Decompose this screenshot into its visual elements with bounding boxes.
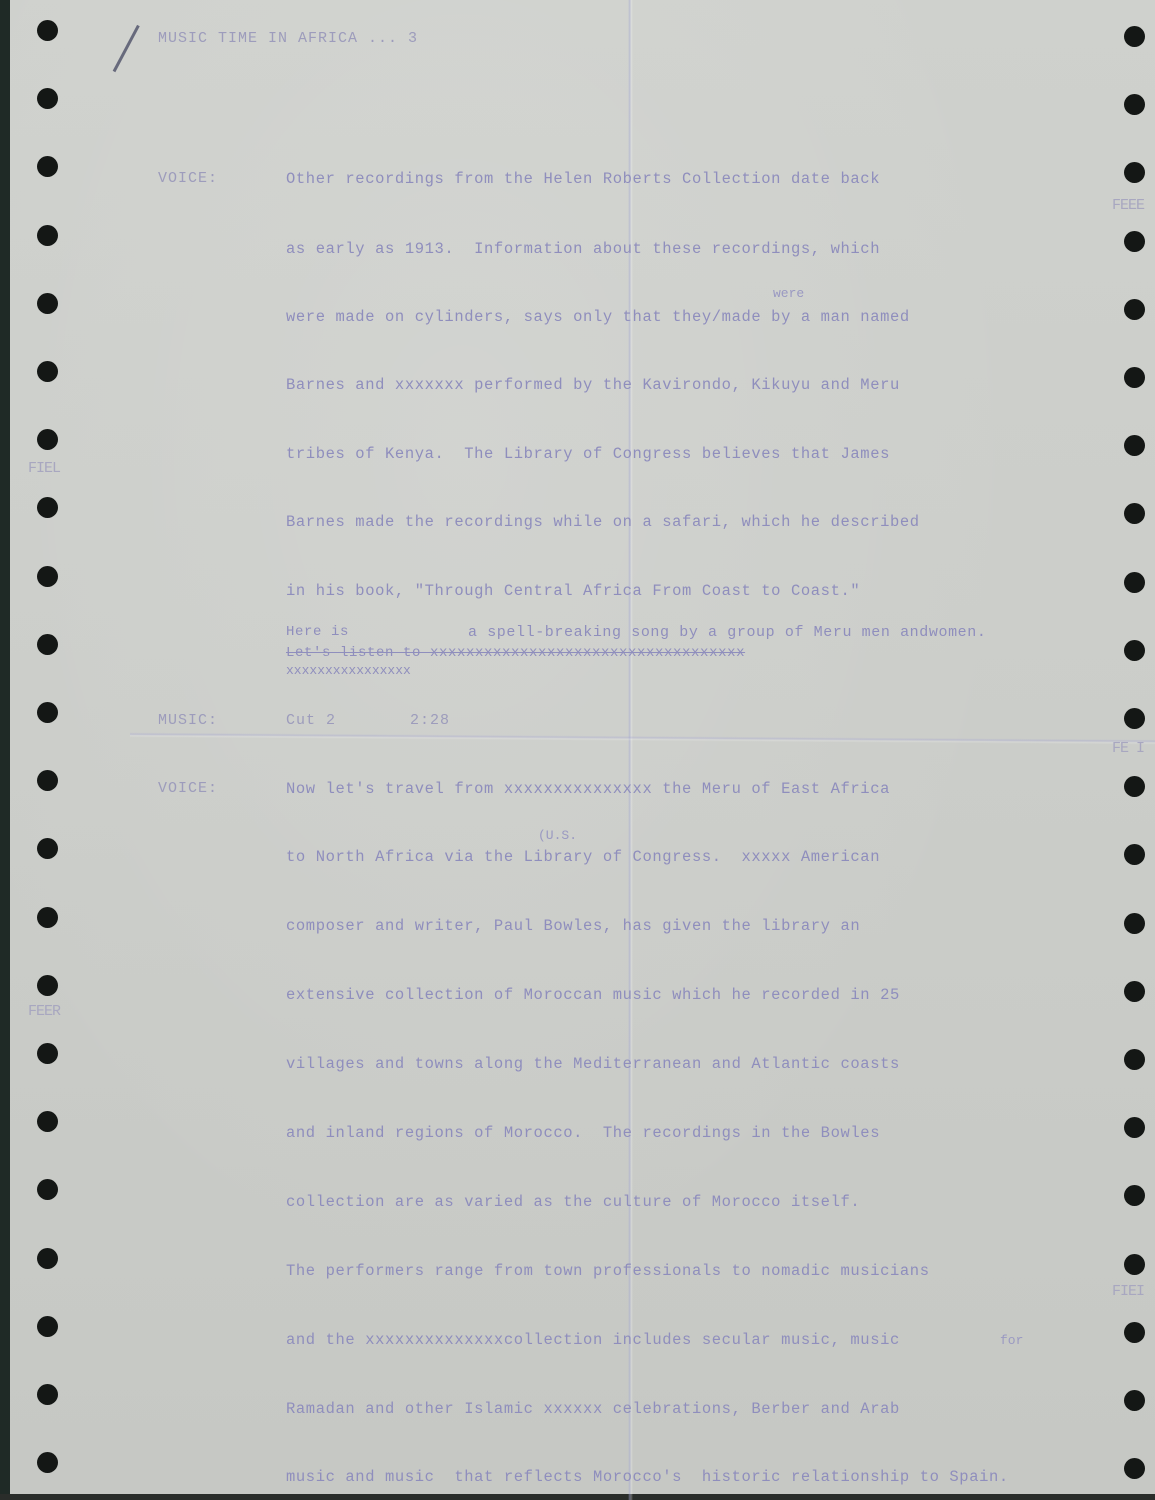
feed-hole-icon [1124, 367, 1145, 388]
feed-hole-icon [37, 88, 58, 109]
struck-text-line: xxxxxxxxxxxxxxxx [286, 663, 411, 678]
text-line: extensive collection of Moroccan music w… [286, 986, 900, 1004]
feed-hole-icon [37, 225, 58, 246]
feed-hole-icon [1124, 1458, 1145, 1479]
feed-hole-icon [1124, 1185, 1145, 1206]
feed-hole-icon [1124, 776, 1145, 797]
margin-mark-right-3: FIEI [1112, 1283, 1144, 1300]
inserted-text-left: Here is [286, 624, 349, 640]
text-line: were made on cylinders, says only that t… [286, 308, 910, 326]
feed-hole-icon [37, 1179, 58, 1200]
text-line: music and music that reflects Morocco's … [286, 1468, 1009, 1486]
feed-hole-icon [37, 497, 58, 518]
feed-hole-icon [1124, 503, 1145, 524]
feed-hole-icon [37, 975, 58, 996]
margin-mark-left-1: FIEL [28, 460, 60, 477]
music-duration: 2:28 [410, 712, 450, 729]
text-line: collection are as varied as the culture … [286, 1193, 860, 1211]
text-line: Barnes and xxxxxxx performed by the Kavi… [286, 376, 900, 394]
feed-hole-icon [37, 907, 58, 928]
typescript-page: FIEL FEER FEEE FE I FIEI MUSIC TIME IN A… [0, 0, 1155, 1500]
feed-hole-icon [1124, 26, 1145, 47]
horizontal-fold-crease [130, 732, 1155, 744]
feed-hole-icon [1124, 1049, 1145, 1070]
margin-mark-right-2: FE I [1112, 740, 1144, 757]
feed-hole-icon [37, 634, 58, 655]
page-header: MUSIC TIME IN AFRICA ... 3 [158, 30, 418, 47]
speaker-label-music: MUSIC: [158, 712, 218, 729]
feed-hole-icon [37, 702, 58, 723]
text-line: composer and writer, Paul Bowles, has gi… [286, 917, 860, 935]
feed-hole-icon [37, 1043, 58, 1064]
text-line: Now let's travel from xxxxxxxxxxxxxxx th… [286, 780, 890, 798]
feed-hole-icon [1124, 299, 1145, 320]
feed-hole-icon [1124, 572, 1145, 593]
scan-edge-left [0, 0, 10, 1500]
text-line: as early as 1913. Information about thes… [286, 240, 880, 258]
feed-hole-icon [37, 1248, 58, 1269]
text-line: villages and towns along the Mediterrane… [286, 1055, 900, 1073]
feed-hole-icon [37, 1384, 58, 1405]
feed-hole-icon [37, 156, 58, 177]
feed-hole-icon [37, 361, 58, 382]
text-line: Other recordings from the Helen Roberts … [286, 170, 880, 188]
feed-hole-icon [37, 566, 58, 587]
feed-hole-icon [37, 20, 58, 41]
feed-hole-icon [37, 429, 58, 450]
handwritten-insertion: for [1000, 1333, 1023, 1348]
feed-hole-icon [1124, 981, 1145, 1002]
scan-edge-bottom [0, 1494, 1155, 1500]
text-line: and inland regions of Morocco. The recor… [286, 1124, 880, 1142]
inserted-text-right: a spell-breaking song by a group of Meru… [468, 624, 986, 641]
struck-text-line: Let's listen to xxxxxxxxxxxxxxxxxxxxxxxx… [286, 645, 745, 661]
music-cue: Cut 2 [286, 712, 336, 729]
feed-hole-icon [1124, 1254, 1145, 1275]
feed-hole-icon [1124, 913, 1145, 934]
margin-mark-right-1: FEEE [1112, 197, 1144, 214]
feed-hole-icon [1124, 708, 1145, 729]
feed-hole-icon [37, 1111, 58, 1132]
feed-hole-icon [37, 838, 58, 859]
pen-stroke-mark [113, 25, 140, 72]
text-line: tribes of Kenya. The Library of Congress… [286, 445, 890, 463]
speaker-label-voice-2: VOICE: [158, 780, 218, 797]
feed-hole-icon [37, 1452, 58, 1473]
text-line: to North Africa via the Library of Congr… [286, 848, 880, 866]
feed-hole-icon [1124, 435, 1145, 456]
feed-hole-icon [1124, 162, 1145, 183]
feed-hole-icon [1124, 94, 1145, 115]
feed-hole-icon [1124, 640, 1145, 661]
handwritten-insertion: (U.S. [538, 828, 577, 843]
feed-hole-icon [1124, 1322, 1145, 1343]
text-line: and the xxxxxxxxxxxxxxcollection include… [286, 1331, 900, 1349]
text-line: The performers range from town professio… [286, 1262, 930, 1280]
handwritten-insertion: were [773, 286, 804, 301]
feed-hole-icon [37, 770, 58, 791]
feed-hole-icon [1124, 231, 1145, 252]
feed-hole-icon [37, 293, 58, 314]
speaker-label-voice-1: VOICE: [158, 170, 218, 187]
text-line: Barnes made the recordings while on a sa… [286, 513, 920, 531]
margin-mark-left-2: FEER [28, 1003, 60, 1020]
feed-hole-icon [1124, 1390, 1145, 1411]
feed-hole-icon [1124, 1117, 1145, 1138]
feed-hole-icon [1124, 844, 1145, 865]
feed-hole-icon [37, 1316, 58, 1337]
text-line: in his book, "Through Central Africa Fro… [286, 582, 860, 600]
text-line: Ramadan and other Islamic xxxxxx celebra… [286, 1400, 900, 1418]
